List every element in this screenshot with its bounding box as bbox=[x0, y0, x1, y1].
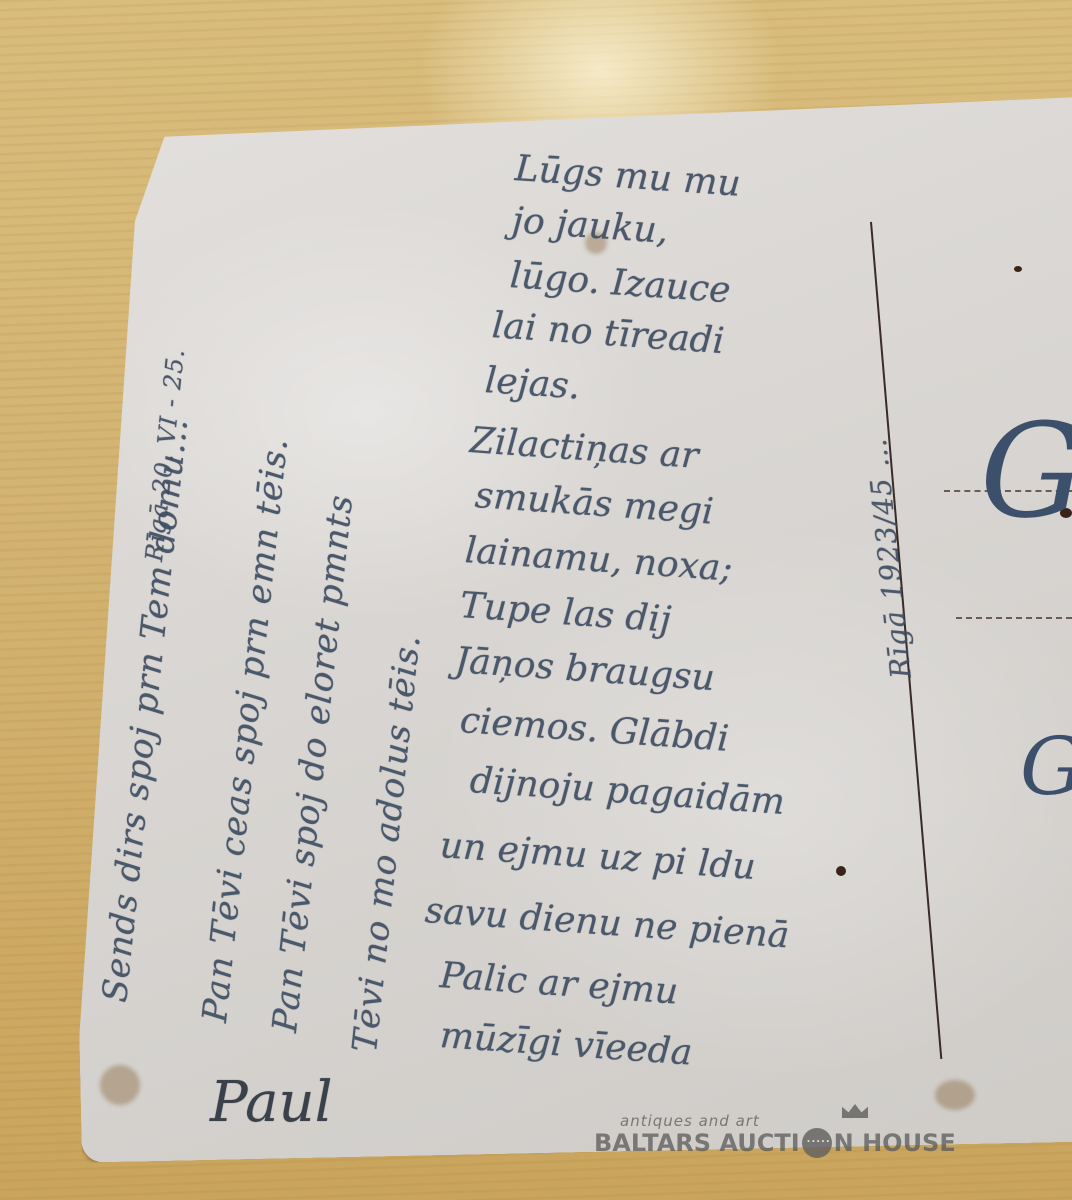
signature: Paul bbox=[210, 1070, 333, 1135]
message-line: lejas. bbox=[484, 360, 582, 408]
stain bbox=[100, 1065, 140, 1105]
watermark-brand: BALTARS AUCTI N HOUSE bbox=[594, 1128, 956, 1158]
address-initial: G bbox=[980, 395, 1072, 547]
globe-icon bbox=[802, 1128, 832, 1158]
postcard-photo: G G Sends dirs spoj prn Tem domu... Pan … bbox=[0, 0, 1072, 1200]
auction-house-watermark: antiques and art BALTARS AUCTI N HOUSE bbox=[594, 1112, 994, 1182]
watermark-brand-left: BALTARS AUCTI bbox=[594, 1129, 800, 1157]
pin-hole bbox=[1014, 266, 1022, 272]
watermark-brand-right: N HOUSE bbox=[834, 1129, 956, 1157]
address-line bbox=[956, 617, 1072, 619]
stain bbox=[935, 1080, 975, 1110]
address-initial-small: G bbox=[1020, 720, 1072, 813]
pin-hole bbox=[836, 866, 846, 876]
